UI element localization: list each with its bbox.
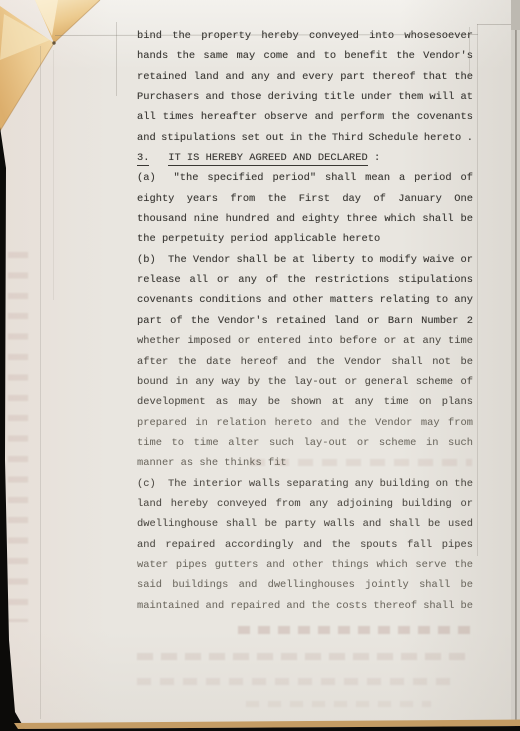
document-line: bound in any way by the lay-out or gener… — [137, 376, 473, 396]
right-page-edge — [511, 0, 520, 731]
document-line: maintained and repaired and the costs th… — [137, 600, 473, 620]
document-line: and repaired accordingly and the spouts … — [137, 539, 473, 559]
scanned-deed-page: bind the property hereby conveyed into w… — [0, 0, 520, 731]
document-line: bind the property hereby conveyed into w… — [137, 30, 473, 50]
document-line: (c) The interior walls separating any bu… — [137, 478, 473, 498]
bottom-edge-shadow — [0, 726, 520, 731]
document-line: retained land and any and every part the… — [137, 71, 473, 91]
fold-edge-line — [0, 0, 100, 131]
document-line: time to time alter such lay-out or schem… — [137, 437, 473, 457]
document-line: part of the Vendor's retained land or Ba… — [137, 315, 473, 335]
document-line: manner as she thinks fit — [137, 457, 473, 477]
document-line: Purchasers and those deriving title unde… — [137, 91, 473, 111]
folded-corner-lower-highlight — [0, 14, 50, 60]
document-line: (b) The Vendor shall be at liberty to mo… — [137, 254, 473, 274]
right-edge-line — [515, 0, 517, 731]
document-line: and stipulations set out in the Third Sc… — [137, 132, 473, 152]
document-line: after the date hereof and the Vendor sha… — [137, 356, 473, 376]
document-line: covenants conditions and other matters r… — [137, 294, 473, 314]
document-line: said buildings and dwellinghouses jointl… — [137, 579, 473, 599]
document-line: all times hereafter observe and perform … — [137, 111, 473, 131]
folded-corner-highlight — [35, 0, 58, 36]
folded-corner-upper-wing — [35, 0, 100, 43]
document-text-block: bind the property hereby conveyed into w… — [137, 30, 473, 620]
document-line: release all or any of the restrictions s… — [137, 274, 473, 294]
left-margin-bleedthrough — [8, 252, 28, 622]
right-edge-top-shade — [511, 0, 520, 30]
document-line: the perpetuity period applicable hereto — [137, 233, 473, 253]
folded-corner-lower-wing — [0, 6, 54, 131]
fold-crease-point — [52, 41, 55, 44]
document-line: prepared in relation hereto and the Vend… — [137, 417, 473, 437]
document-line: whether imposed or entered into before o… — [137, 335, 473, 355]
document-line: eighty years from the First day of Janua… — [137, 193, 473, 213]
left-edge-shadow — [0, 127, 26, 731]
document-line: development as may be shown at any time … — [137, 396, 473, 416]
document-line: thousand nine hundred and eighty three w… — [137, 213, 473, 233]
bleedthrough-band — [238, 626, 470, 634]
bleedthrough-band — [246, 701, 431, 707]
bleedthrough-band — [137, 653, 470, 660]
document-line: (a) "the specified period" shall mean a … — [137, 172, 473, 192]
document-line: land hereby conveyed from any adjoining … — [137, 498, 473, 518]
bleedthrough-band — [137, 678, 457, 685]
document-line: dwellinghouse shall be party walls and s… — [137, 518, 473, 538]
document-line: hands the same may come and to benefit t… — [137, 50, 473, 70]
bottom-page-edge — [14, 720, 520, 730]
document-line: water pipes gutters and other things whi… — [137, 559, 473, 579]
section-heading: 3. IT IS HEREBY AGREED AND DECLARED : — [137, 152, 473, 172]
